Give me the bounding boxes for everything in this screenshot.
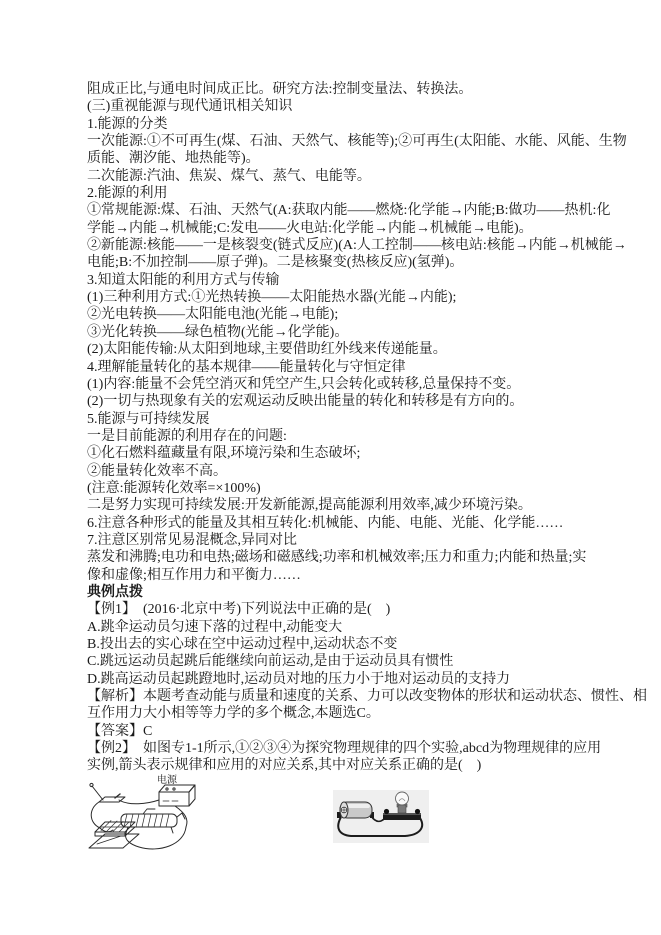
text-line: ②新能源:核能——一是核裂变(链式反应)(A:人工控制——核电站:核能→内能→机… (87, 237, 587, 254)
text-line: 像和虚像;相互作用力和平衡力…… (87, 567, 587, 584)
text-line: 学能→内能→机械能;C:发电——火电站:化学能→内能→机械能→电能)。 (87, 220, 587, 237)
text-line: ②光电转换——太阳能电池(光能→电能); (87, 306, 587, 323)
text-line: 3.知道太阳能的利用方式与传输 (87, 272, 587, 289)
text-line: (2)太阳能传输:从太阳到地球,主要借助红外线来传递能量。 (87, 341, 587, 358)
document-body: 阻成正比,与通电时间成正比。研究方法:控制变量法、转换法。(三)重视能源与现代通… (87, 81, 587, 775)
text-line: 互作用力大小相等等力学的多个概念,本题选C。 (87, 705, 587, 722)
text-line: 质能、潮汐能、地热能等)。 (87, 150, 587, 167)
text-line: 蒸发和沸腾;电功和电热;磁场和磁感线;功率和机械效率;压力和重力;内能和热量;实 (87, 549, 587, 566)
text-line: 5.能源与可持续发展 (87, 411, 587, 428)
text-line: 7.注意区别常见易混概念,异同对比 (87, 532, 587, 549)
text-line: 阻成正比,与通电时间成正比。研究方法:控制变量法、转换法。 (87, 81, 587, 98)
text-line: (2)一切与热现象有关的宏观运动反映出能量的转化和转移是有方向的。 (87, 393, 587, 410)
text-line: 一是目前能源的利用存在的问题: (87, 428, 587, 445)
text-line: (1)内容:能量不会凭空消灭和凭空产生,只会转化或转移,总量保持不变。 (87, 376, 587, 393)
text-line: 【解析】本题考查动能与质量和速度的关系、力可以改变物体的形状和运动状态、惯性、相 (87, 688, 587, 705)
text-line: 【例1】 (2016·北京中考)下列说法中正确的是( ) (87, 601, 587, 618)
text-line: ③光化转换——绿色植物(光能→化学能)。 (87, 324, 587, 341)
text-line: A.跳伞运动员匀速下落的过程中,动能变大 (87, 619, 587, 636)
text-line: 一次能源:①不可再生(煤、石油、天然气、核能等);②可再生(太阳能、水能、风能、… (87, 133, 587, 150)
text-line: 二次能源:汽油、焦炭、煤气、蒸气、电能等。 (87, 168, 587, 185)
text-line: 实例,箭头表示规律和应用的对应关系,其中对应关系正确的是( ) (87, 757, 587, 774)
text-line: 电能;B:不加控制——原子弹)。二是核聚变(热核反应)(氢弹)。 (87, 254, 587, 271)
text-line: 1.能源的分类 (87, 116, 587, 133)
text-line: ①化石燃料蕴藏量有限,环境污染和生态破坏; (87, 445, 587, 462)
text-line: (三)重视能源与现代通讯相关知识 (87, 98, 587, 115)
text-line: ②能量转化效率不高。 (87, 463, 587, 480)
text-line: 【答案】C (87, 723, 587, 740)
text-line: 【例2】 如图专1-1所示,①②③④为探究物理规律的四个实验,abcd为物理规律… (87, 740, 587, 757)
text-line: 2.能源的利用 (87, 185, 587, 202)
text-line: (1)三种利用方式:①光热转换——太阳能热水器(光能→内能); (87, 289, 587, 306)
text-line: C.跳远运动员起跳后能继续向前运动,是由于运动员具有惯性 (87, 653, 587, 670)
text-line: D.跳高运动员起跳蹬地时,运动员对地的压力小于地对运动员的支持力 (87, 671, 587, 688)
experiment-figure: 电源 (87, 775, 203, 871)
text-line: 6.注意各种形式的能量及其相互转化:机械能、内能、电能、光能、化学能…… (87, 515, 587, 532)
section-heading: 典例点拨 (87, 584, 587, 601)
text-line: B.投出去的实心球在空中运动过程中,运动状态不变 (87, 636, 587, 653)
text-line: 4.理解能量转化的基本规律——能量转化与守恒定律 (87, 359, 587, 376)
text-line: (注意:能源转化效率=×100%) (87, 480, 587, 497)
battery-bulb-circuit-drawing (333, 790, 429, 843)
text-line: 二是努力实现可持续发展:开发新能源,提高能源利用效率,减少环境污染。 (87, 497, 587, 514)
text-line: ①常规能源:煤、石油、天然气(A:获取内能——燃烧:化学能→内能;B:做功——热… (87, 202, 587, 219)
experiment-apparatus-drawing (87, 775, 203, 871)
document-page: 阻成正比,与通电时间成正比。研究方法:控制变量法、转换法。(三)重视能源与现代通… (0, 0, 661, 935)
circuit-figure (333, 790, 429, 843)
